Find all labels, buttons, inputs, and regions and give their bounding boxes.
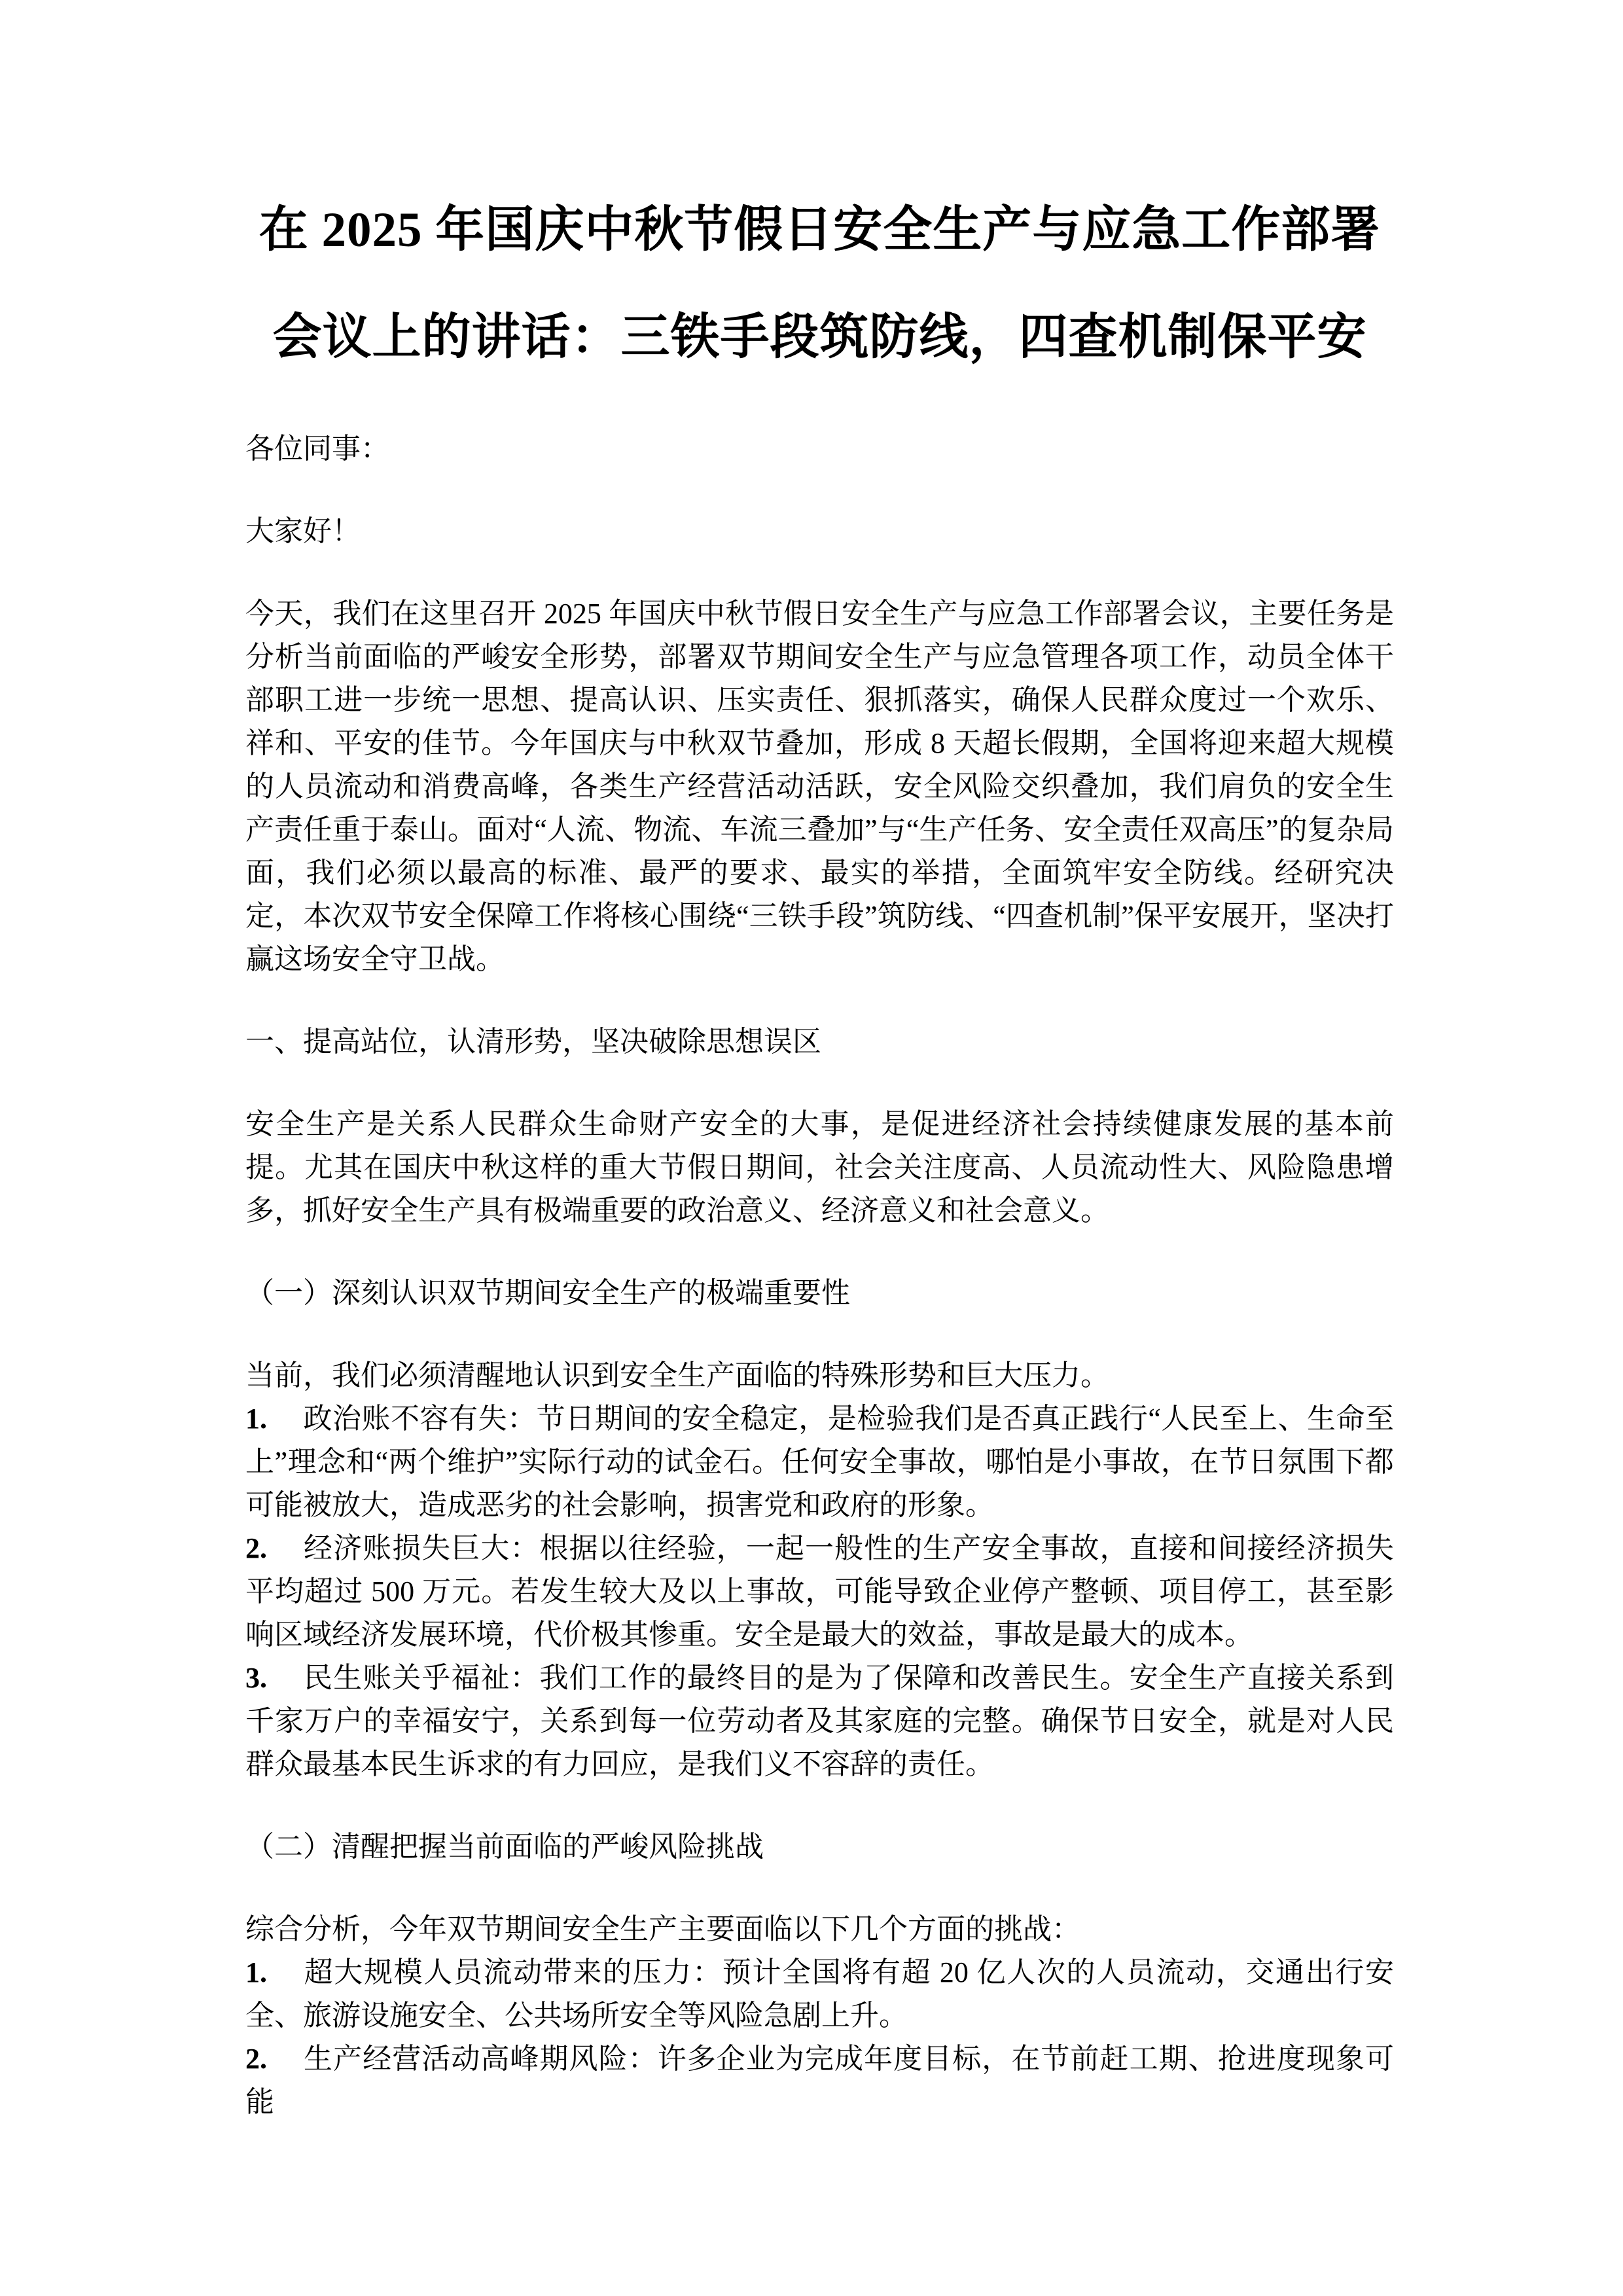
list-item-text: 超大规模人员流动带来的压力：预计全国将有超 20 亿人次的人员流动，交通出行安全… [245, 1956, 1394, 2032]
list-item-number: 1. [245, 1951, 303, 1994]
document-page: 在 2025 年国庆中秋节假日安全生产与应急工作部署 会议上的讲话：三铁手段筑防… [0, 0, 1623, 2296]
list-item-production-peak-risk: 2.生产经营活动高峰期风险：许多企业为完成年度目标，在节前赶工期、抢进度现象可能 [245, 2037, 1394, 2124]
subsection-1-heading: （一）深刻认识双节期间安全生产的极端重要性 [245, 1272, 1394, 1315]
salutation-block: 各位同事： [245, 427, 1394, 471]
greeting: 大家好！ [245, 510, 1394, 553]
subsection-2-heading: （二）清醒把握当前面临的严峻风险挑战 [245, 1825, 1394, 1869]
section-1-paragraph: 安全生产是关系人民群众生命财产安全的大事，是促进经济社会持续健康发展的基本前提。… [245, 1103, 1394, 1232]
list-item-text: 生产经营活动高峰期风险：许多企业为完成年度目标，在节前赶工期、抢进度现象可能 [245, 2043, 1394, 2118]
list-item-number: 2. [245, 1527, 303, 1570]
list-item-livelihood-account: 3.民生账关乎福祉：我们工作的最终目的是为了保障和改善民生。安全生产直接关系到千… [245, 1657, 1394, 1786]
document-title-line-1: 在 2025 年国庆中秋节假日安全生产与应急工作部署 [245, 177, 1394, 284]
salutation: 各位同事： [245, 427, 1394, 471]
document-body: 各位同事： 大家好！ 今天，我们在这里召开 2025 年国庆中秋节假日安全生产与… [245, 427, 1394, 2124]
subsection-1-intro: 当前，我们必须清醒地认识到安全生产面临的特殊形势和巨大压力。 [245, 1354, 1394, 1397]
greeting-block: 大家好！ [245, 510, 1394, 553]
intro-paragraph-block: 今天，我们在这里召开 2025 年国庆中秋节假日安全生产与应急工作部署会议，主要… [245, 592, 1394, 981]
list-item-crowd-flow-pressure: 1.超大规模人员流动带来的压力：预计全国将有超 20 亿人次的人员流动，交通出行… [245, 1951, 1394, 2037]
intro-paragraph: 今天，我们在这里召开 2025 年国庆中秋节假日安全生产与应急工作部署会议，主要… [245, 592, 1394, 981]
list-item-text: 经济账损失巨大：根据以往经验，一起一般性的生产安全事故，直接和间接经济损失平均超… [245, 1532, 1394, 1651]
list-item-political-account: 1.政治账不容有失：节日期间的安全稳定，是检验我们是否真正践行“人民至上、生命至… [245, 1397, 1394, 1527]
subsection-1-content-block: 当前，我们必须清醒地认识到安全生产面临的特殊形势和巨大压力。 1.政治账不容有失… [245, 1354, 1394, 1786]
list-item-number: 1. [245, 1397, 303, 1441]
subsection-2-content-block: 综合分析，今年双节期间安全生产主要面临以下几个方面的挑战： 1.超大规模人员流动… [245, 1908, 1394, 2124]
section-1-heading-block: 一、提高站位，认清形势，坚决破除思想误区 [245, 1020, 1394, 1064]
list-item-economic-account: 2.经济账损失巨大：根据以往经验，一起一般性的生产安全事故，直接和间接经济损失平… [245, 1527, 1394, 1657]
subsection-2-intro: 综合分析，今年双节期间安全生产主要面临以下几个方面的挑战： [245, 1908, 1394, 1951]
subsection-1-heading-block: （一）深刻认识双节期间安全生产的极端重要性 [245, 1272, 1394, 1315]
document-title-line-2: 会议上的讲话：三铁手段筑防线，四查机制保平安 [245, 284, 1394, 391]
document-title: 在 2025 年国庆中秋节假日安全生产与应急工作部署 会议上的讲话：三铁手段筑防… [245, 177, 1394, 391]
section-1-paragraph-block: 安全生产是关系人民群众生命财产安全的大事，是促进经济社会持续健康发展的基本前提。… [245, 1103, 1394, 1232]
list-item-number: 3. [245, 1657, 303, 1700]
list-item-text: 民生账关乎福祉：我们工作的最终目的是为了保障和改善民生。安全生产直接关系到千家万… [245, 1662, 1394, 1780]
section-1-heading: 一、提高站位，认清形势，坚决破除思想误区 [245, 1020, 1394, 1064]
list-item-text: 政治账不容有失：节日期间的安全稳定，是检验我们是否真正践行“人民至上、生命至上”… [245, 1403, 1394, 1521]
subsection-2-heading-block: （二）清醒把握当前面临的严峻风险挑战 [245, 1825, 1394, 1869]
list-item-number: 2. [245, 2037, 303, 2081]
